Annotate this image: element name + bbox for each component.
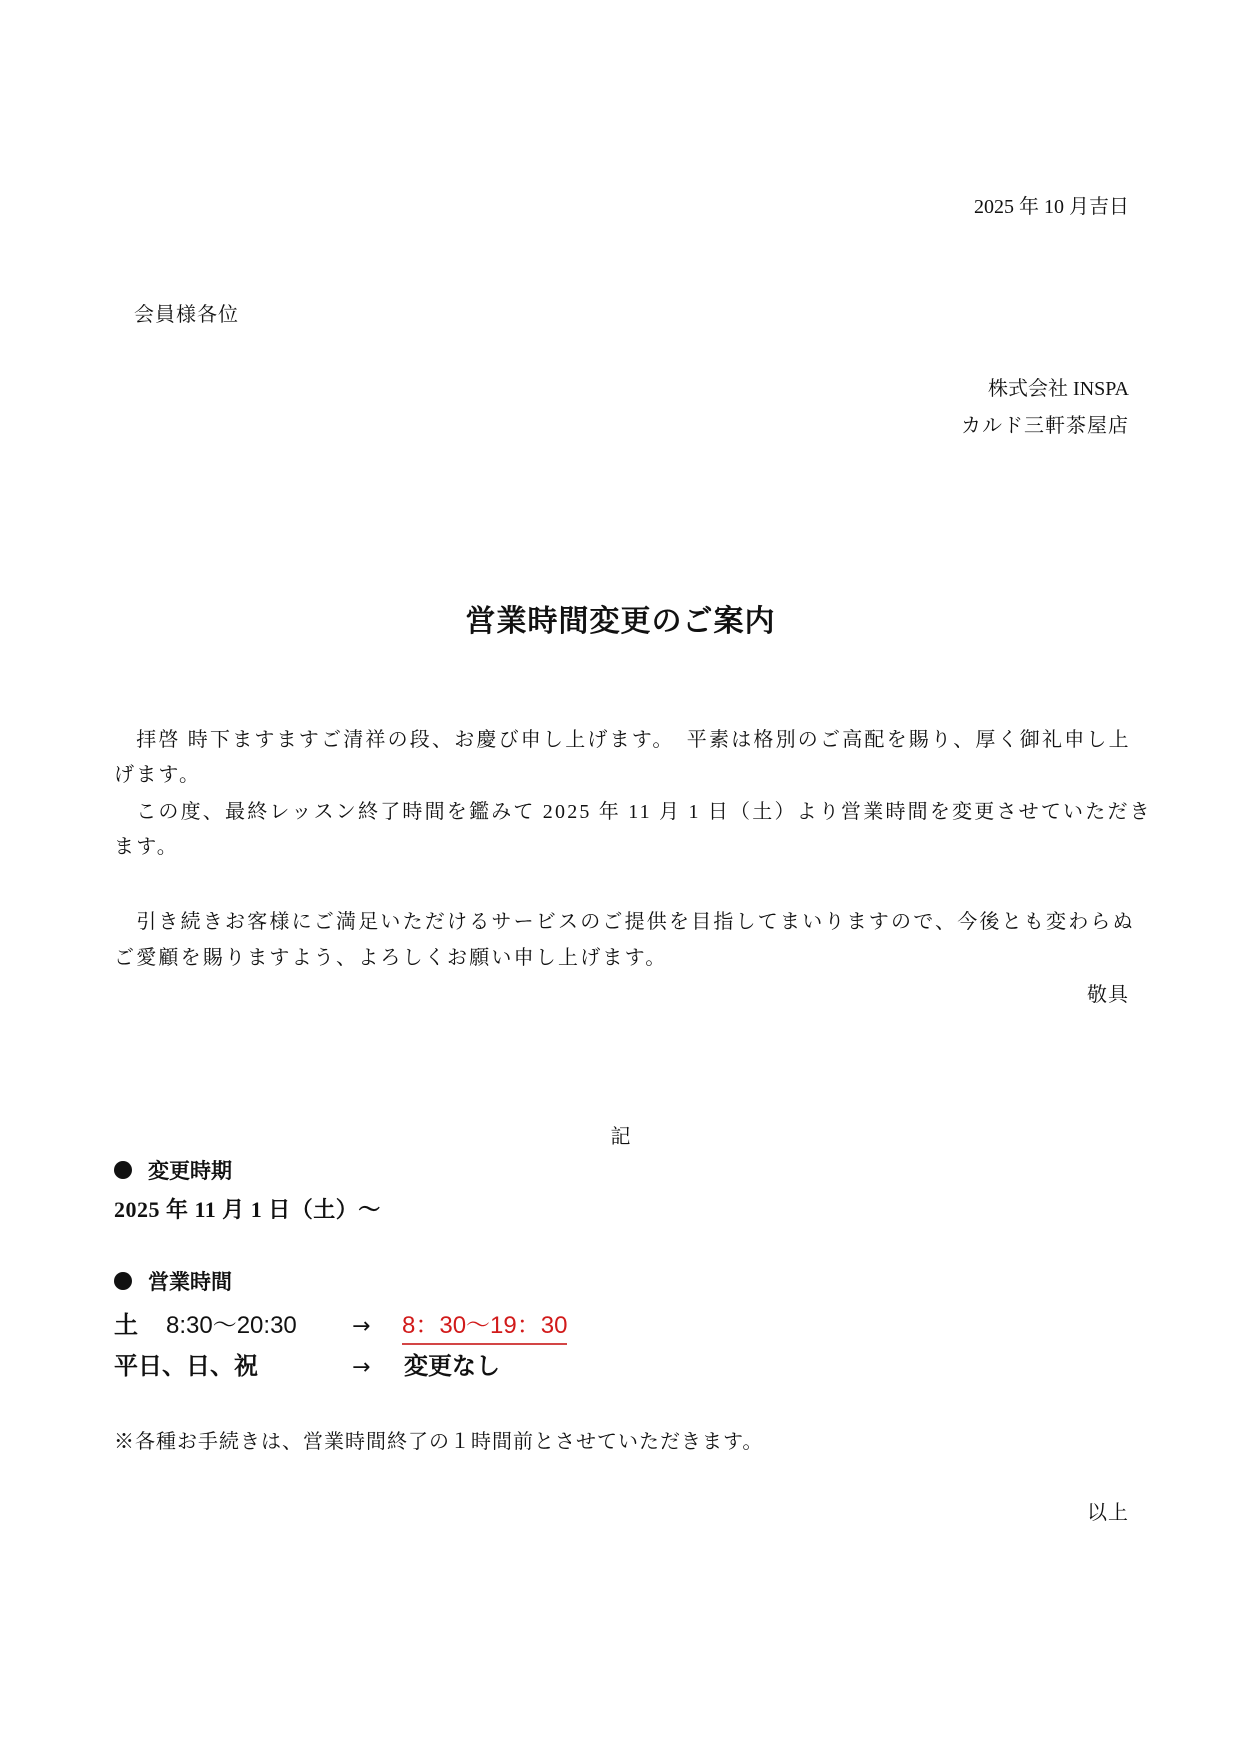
hours-old: 8:30～20:30	[166, 1305, 330, 1340]
page-title: 営業時間変更のご案内	[0, 596, 1241, 640]
section-business-hours-heading: 営業時間	[114, 1266, 232, 1296]
hours-new: 8：30～19：30	[402, 1305, 567, 1345]
section-heading-label: 営業時間	[148, 1266, 232, 1296]
greeting-line-2: げます。	[114, 758, 201, 787]
hours-new: 変更なし	[404, 1346, 500, 1381]
procedure-note: ※各種お手続きは、営業時間終了の１時間前とさせていただきます。	[114, 1425, 763, 1454]
hours-day: 平日、日、祝	[114, 1346, 340, 1381]
bullet-icon	[114, 1272, 132, 1290]
announcement-line-1: この度、最終レッスン終了時間を鑑みて 2025 年 11 月 1 日（土）より営…	[114, 795, 1152, 824]
bullet-icon	[114, 1161, 132, 1179]
hours-row-saturday: 土 8:30～20:30 → 8：30～19：30	[114, 1305, 567, 1345]
announcement-line-2: ます。	[114, 830, 179, 859]
hours-day: 土	[114, 1305, 154, 1340]
document-date: 2025 年 10 月吉日	[974, 190, 1129, 219]
notice-ki-heading: 記	[0, 1120, 1241, 1149]
closing-keigu: 敬具	[1087, 978, 1129, 1007]
sender-company: 株式会社 INSPA	[988, 372, 1129, 401]
closing-paragraph-line-1: 引き続きお客様にご満足いただけるサービスのご提供を目指してまいりますので、今後と…	[114, 905, 1135, 934]
arrow-right-icon: →	[352, 1355, 404, 1380]
addressee: 会員様各位	[134, 298, 239, 327]
section-change-date-heading: 変更時期	[114, 1155, 232, 1185]
arrow-right-icon: →	[352, 1314, 402, 1339]
change-date-value: 2025 年 11 月 1 日（土）～	[114, 1193, 381, 1224]
section-heading-label: 変更時期	[148, 1155, 232, 1185]
end-mark: 以上	[1087, 1496, 1129, 1525]
sender-branch: カルド三軒茶屋店	[961, 409, 1129, 438]
greeting-line-1: 拝啓 時下ますますご清祥の段、お慶び申し上げます。 平素は格別のご高配を賜り、厚…	[114, 723, 1131, 752]
closing-paragraph-line-2: ご愛顧を賜りますよう、よろしくお願い申し上げます。	[114, 941, 667, 970]
hours-row-weekday: 平日、日、祝 → 変更なし	[114, 1346, 500, 1381]
